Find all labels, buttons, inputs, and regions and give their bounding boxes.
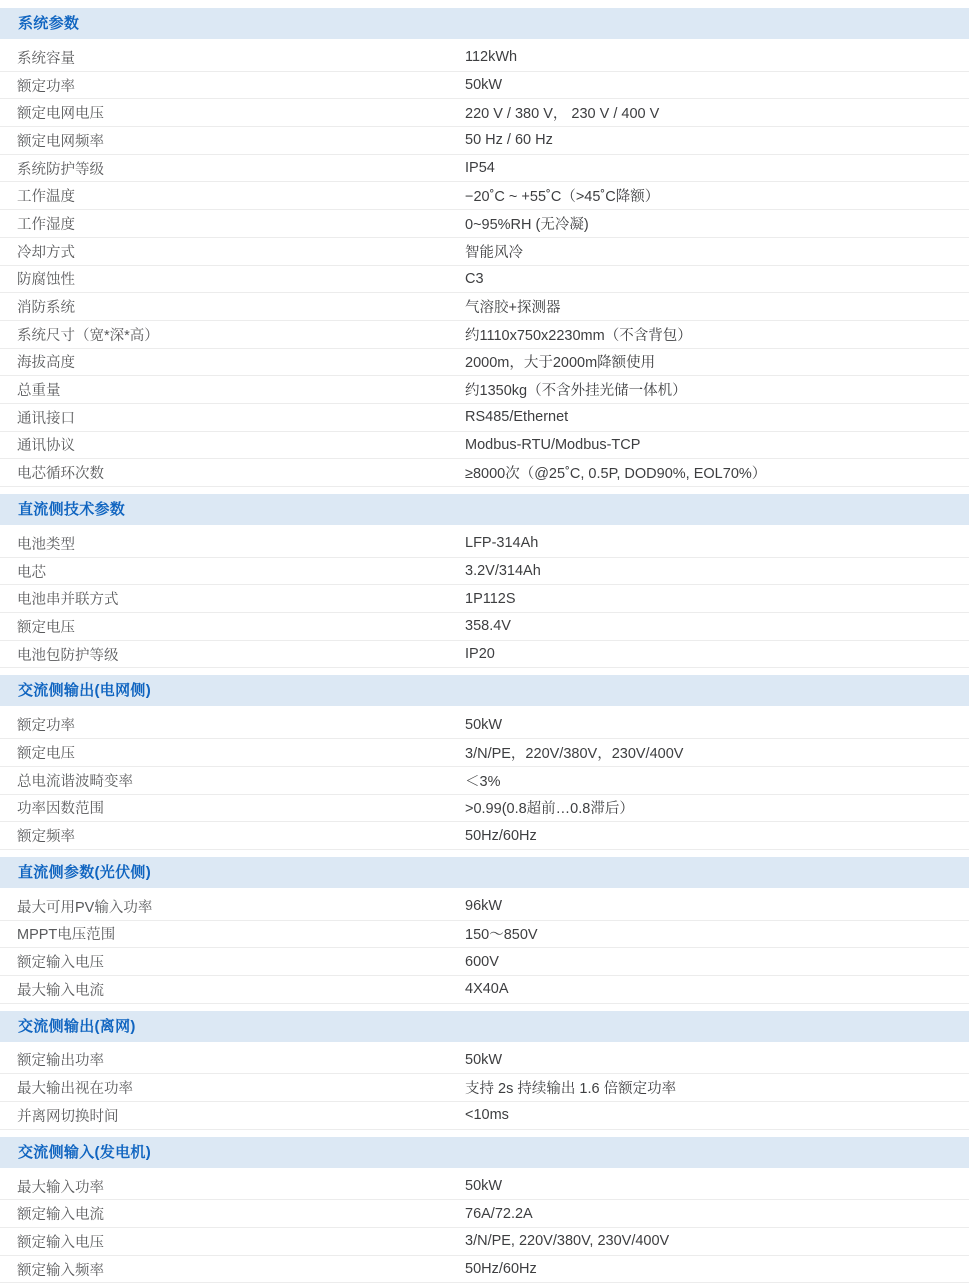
spec-row: 工作湿度 0~95%RH (无冷凝) [0, 210, 969, 238]
row-label: 额定输入电压 [0, 1231, 465, 1252]
section-rows: 额定功率 50kW 额定电压 3/N/PE，220V/380V，230V/400… [0, 711, 969, 849]
row-label: 电芯循环次数 [0, 462, 465, 483]
row-label: 电池串并联方式 [0, 588, 465, 609]
spec-row: 通讯协议 Modbus-RTU/Modbus-TCP [0, 432, 969, 460]
spec-row: 额定电压 3/N/PE，220V/380V，230V/400V [0, 739, 969, 767]
spec-section: 交流侧输出(电网侧) 额定功率 50kW 额定电压 3/N/PE，220V/38… [0, 675, 969, 849]
row-label: 最大输入电流 [0, 979, 465, 1000]
row-label: 系统防护等级 [0, 158, 465, 179]
row-value: 600V [465, 954, 969, 970]
row-value: 150～850V [465, 923, 969, 944]
section-header-title: 直流侧技术参数 [18, 501, 125, 518]
spec-row: 系统容量 112kWh [0, 44, 969, 72]
row-value: IP54 [465, 160, 969, 176]
section-header: 直流侧参数(光伏侧) [0, 857, 969, 888]
row-value: 50Hz/60Hz [465, 1261, 969, 1277]
row-label: 最大输入功率 [0, 1176, 465, 1197]
row-value: ＜3% [465, 770, 969, 791]
spec-row: 电芯循环次数 ≥8000次（@25˚C, 0.5P, DOD90%, EOL70… [0, 459, 969, 487]
spec-row: 电池串并联方式 1P112S [0, 585, 969, 613]
spec-row: 额定输入频率 50Hz/60Hz [0, 1256, 969, 1283]
spec-row: 冷却方式 智能风冷 [0, 238, 969, 266]
row-value: 50kW [465, 1052, 969, 1068]
section-header-title: 直流侧参数(光伏侧) [18, 864, 151, 881]
spec-row: 海拔高度 2000m，大于2000m降额使用 [0, 349, 969, 377]
spec-row: 电池包防护等级 IP20 [0, 641, 969, 669]
section-rows: 最大输入功率 50kW 额定输入电流 76A/72.2A 额定输入电压 3/N/… [0, 1173, 969, 1283]
row-value: RS485/Ethernet [465, 409, 969, 425]
row-label: 总重量 [0, 379, 465, 400]
spec-row: 并离网切换时间 <10ms [0, 1102, 969, 1130]
row-label: 消防系统 [0, 296, 465, 317]
row-label: 工作湿度 [0, 213, 465, 234]
row-label: 系统尺寸（宽*深*高） [0, 324, 465, 345]
row-label: 额定输入频率 [0, 1259, 465, 1280]
row-value: LFP-314Ah [465, 535, 969, 551]
row-label: 额定输入电流 [0, 1203, 465, 1224]
row-label: 额定电压 [0, 742, 465, 763]
spec-section: 交流侧输入(发电机) 最大输入功率 50kW 额定输入电流 76A/72.2A … [0, 1137, 969, 1283]
spec-row: 额定频率 50Hz/60Hz [0, 822, 969, 850]
row-label: 额定输入电压 [0, 951, 465, 972]
row-label: 电池包防护等级 [0, 644, 465, 665]
spec-row: 工作温度 −20˚C ~ +55˚C（>45˚C降额） [0, 182, 969, 210]
row-value: 50Hz/60Hz [465, 828, 969, 844]
spec-row: 额定电网频率 50 Hz / 60 Hz [0, 127, 969, 155]
row-value: 3.2V/314Ah [465, 563, 969, 579]
spec-section: 直流侧参数(光伏侧) 最大可用PV输入功率 96kW MPPT电压范围 150～… [0, 857, 969, 1004]
spec-row: 最大输出视在功率 支持 2s 持续输出 1.6 倍额定功率 [0, 1074, 969, 1102]
spec-row: 最大输入电流 4X40A [0, 976, 969, 1004]
spec-row: 通讯接口 RS485/Ethernet [0, 404, 969, 432]
spec-row: 总电流谐波畸变率 ＜3% [0, 767, 969, 795]
section-header: 系统参数 [0, 8, 969, 39]
row-value: 2000m，大于2000m降额使用 [465, 351, 969, 372]
spec-row: 总重量 约1350kg（不含外挂光储一体机） [0, 376, 969, 404]
spec-row: 系统尺寸（宽*深*高） 约1110x750x2230mm（不含背包） [0, 321, 969, 349]
row-value: Modbus-RTU/Modbus-TCP [465, 437, 969, 453]
row-value: 112kWh [465, 49, 969, 65]
section-header-title: 系统参数 [18, 15, 79, 32]
spec-row: 额定输出功率 50kW [0, 1047, 969, 1075]
spec-row: 额定输入电压 600V [0, 948, 969, 976]
section-header-title: 交流侧输出(离网) [18, 1018, 136, 1035]
section-header: 交流侧输入(发电机) [0, 1137, 969, 1168]
row-value: C3 [465, 271, 969, 287]
row-label: 通讯接口 [0, 407, 465, 428]
section-header: 交流侧输出(电网侧) [0, 675, 969, 706]
row-value: 0~95%RH (无冷凝) [465, 213, 969, 234]
row-value: >0.99(0.8超前…0.8滞后） [465, 797, 969, 818]
spec-row: 最大输入功率 50kW [0, 1173, 969, 1201]
section-rows: 额定输出功率 50kW 最大输出视在功率 支持 2s 持续输出 1.6 倍额定功… [0, 1047, 969, 1130]
row-value: 支持 2s 持续输出 1.6 倍额定功率 [465, 1077, 969, 1098]
spec-row: 电池类型 LFP-314Ah [0, 530, 969, 558]
row-value: 1P112S [465, 591, 969, 607]
row-label: 额定电网频率 [0, 130, 465, 151]
row-label: 通讯协议 [0, 434, 465, 455]
spec-row: MPPT电压范围 150～850V [0, 921, 969, 949]
spec-row: 防腐蚀性 C3 [0, 266, 969, 294]
spec-row: 系统防护等级 IP54 [0, 155, 969, 183]
row-label: 额定频率 [0, 825, 465, 846]
section-rows: 系统容量 112kWh 额定功率 50kW 额定电网电压 220 V / 380… [0, 44, 969, 487]
row-label: 总电流谐波畸变率 [0, 770, 465, 791]
section-header-title: 交流侧输入(发电机) [18, 1144, 151, 1161]
row-value: 气溶胶+探测器 [465, 296, 969, 317]
row-label: 防腐蚀性 [0, 268, 465, 289]
spec-row: 最大可用PV输入功率 96kW [0, 893, 969, 921]
row-label: 冷却方式 [0, 241, 465, 262]
row-value: <10ms [465, 1107, 969, 1123]
row-value: 50kW [465, 77, 969, 93]
spec-section: 系统参数 系统容量 112kWh 额定功率 50kW 额定电网电压 220 V … [0, 8, 969, 487]
row-label: 最大可用PV输入功率 [0, 896, 465, 917]
row-label: 工作温度 [0, 185, 465, 206]
row-label: MPPT电压范围 [0, 923, 465, 944]
spec-table: 系统参数 系统容量 112kWh 额定功率 50kW 额定电网电压 220 V … [0, 0, 969, 1283]
spec-row: 额定功率 50kW [0, 711, 969, 739]
row-label: 额定功率 [0, 714, 465, 735]
row-value: 3/N/PE，220V/380V，230V/400V [465, 742, 969, 763]
row-value: 50kW [465, 717, 969, 733]
row-value: 76A/72.2A [465, 1206, 969, 1222]
spec-row: 电芯 3.2V/314Ah [0, 558, 969, 586]
spec-section: 直流侧技术参数 电池类型 LFP-314Ah 电芯 3.2V/314Ah 电池串… [0, 494, 969, 668]
row-label: 额定输出功率 [0, 1049, 465, 1070]
row-label: 功率因数范围 [0, 797, 465, 818]
row-label: 电池类型 [0, 533, 465, 554]
row-value: −20˚C ~ +55˚C（>45˚C降额） [465, 185, 969, 206]
section-rows: 最大可用PV输入功率 96kW MPPT电压范围 150～850V 额定输入电压… [0, 893, 969, 1004]
row-value: 约1350kg（不含外挂光储一体机） [465, 379, 969, 400]
section-header: 交流侧输出(离网) [0, 1011, 969, 1042]
row-label: 额定电网电压 [0, 102, 465, 123]
row-label: 额定功率 [0, 75, 465, 96]
row-label: 电芯 [0, 561, 465, 582]
row-value: 约1110x750x2230mm（不含背包） [465, 324, 969, 345]
spec-row: 额定功率 50kW [0, 72, 969, 100]
row-value: 3/N/PE, 220V/380V, 230V/400V [465, 1233, 969, 1249]
spec-section: 交流侧输出(离网) 额定输出功率 50kW 最大输出视在功率 支持 2s 持续输… [0, 1011, 969, 1130]
row-value: 智能风冷 [465, 241, 969, 262]
spec-row: 额定输入电流 76A/72.2A [0, 1200, 969, 1228]
row-label: 海拔高度 [0, 351, 465, 372]
row-value: 358.4V [465, 618, 969, 634]
section-header: 直流侧技术参数 [0, 494, 969, 525]
row-label: 额定电压 [0, 616, 465, 637]
section-header-title: 交流侧输出(电网侧) [18, 682, 151, 699]
row-value: ≥8000次（@25˚C, 0.5P, DOD90%, EOL70%） [465, 462, 969, 483]
row-label: 最大输出视在功率 [0, 1077, 465, 1098]
row-value: 50kW [465, 1178, 969, 1194]
spec-row: 消防系统 气溶胶+探测器 [0, 293, 969, 321]
row-label: 并离网切换时间 [0, 1105, 465, 1126]
spec-row: 功率因数范围 >0.99(0.8超前…0.8滞后） [0, 795, 969, 823]
row-value: IP20 [465, 646, 969, 662]
row-label: 系统容量 [0, 47, 465, 68]
section-rows: 电池类型 LFP-314Ah 电芯 3.2V/314Ah 电池串并联方式 1P1… [0, 530, 969, 668]
row-value: 50 Hz / 60 Hz [465, 132, 969, 148]
spec-row: 额定电网电压 220 V / 380 V， 230 V / 400 V [0, 99, 969, 127]
spec-row: 额定输入电压 3/N/PE, 220V/380V, 230V/400V [0, 1228, 969, 1256]
row-value: 96kW [465, 898, 969, 914]
row-value: 4X40A [465, 981, 969, 997]
row-value: 220 V / 380 V， 230 V / 400 V [465, 102, 969, 123]
spec-row: 额定电压 358.4V [0, 613, 969, 641]
